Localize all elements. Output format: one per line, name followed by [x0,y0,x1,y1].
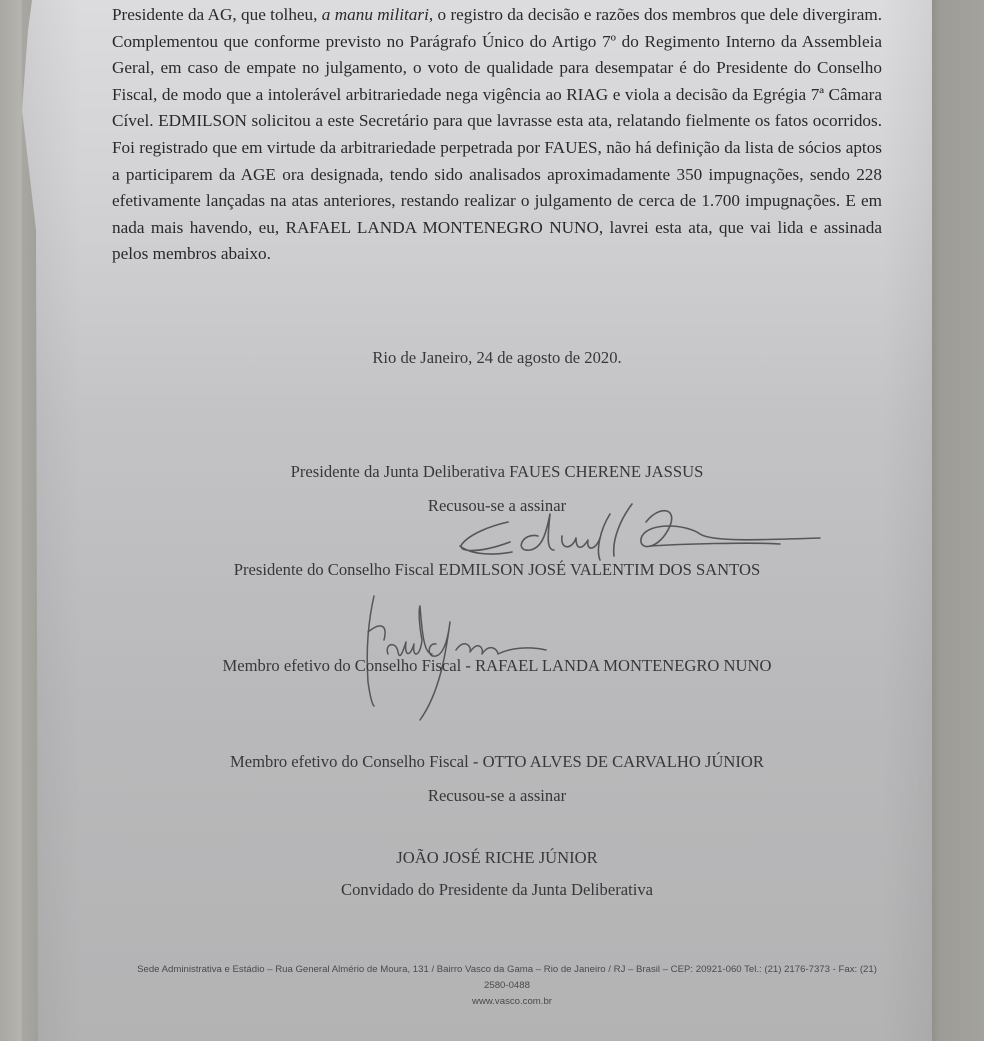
background-surface-right [928,0,984,1041]
body-text-start: Presidente da AG, que tolheu, [112,5,322,24]
signatory-title-fiscal-council-president: Presidente do Conselho Fiscal EDMILSON J… [112,560,882,580]
signatory-title-fiscal-council-member-rafael: Membro efetivo do Conselho Fiscal - RAFA… [112,656,882,676]
footer: Sede Administrativa e Estádio – Rua Gene… [112,962,902,1010]
signatory-title-fiscal-council-member-otto: Membro efetivo do Conselho Fiscal - OTTO… [112,752,882,772]
signatory-title-junta-president: Presidente da Junta Deliberativa FAUES C… [112,462,882,482]
guest-role: Convidado do Presidente da Junta Deliber… [112,880,882,900]
body-text-italic: a manu militari [322,5,429,24]
body-paragraph: Presidente da AG, que tolheu, a manu mil… [112,2,882,268]
date-line: Rio de Janeiro, 24 de agosto de 2020. [112,348,882,368]
footer-address: Sede Administrativa e Estádio – Rua Gene… [127,962,887,994]
signatory-refusal-note: Recusou-se a assinar [112,786,882,806]
footer-website: www.vasco.com.br [122,994,902,1010]
body-text-rest: , o registro da decisão e razões dos mem… [112,5,882,263]
guest-name: JOÃO JOSÉ RICHE JÚNIOR [112,848,882,868]
signatory-refusal-note: Recusou-se a assinar [112,496,882,516]
